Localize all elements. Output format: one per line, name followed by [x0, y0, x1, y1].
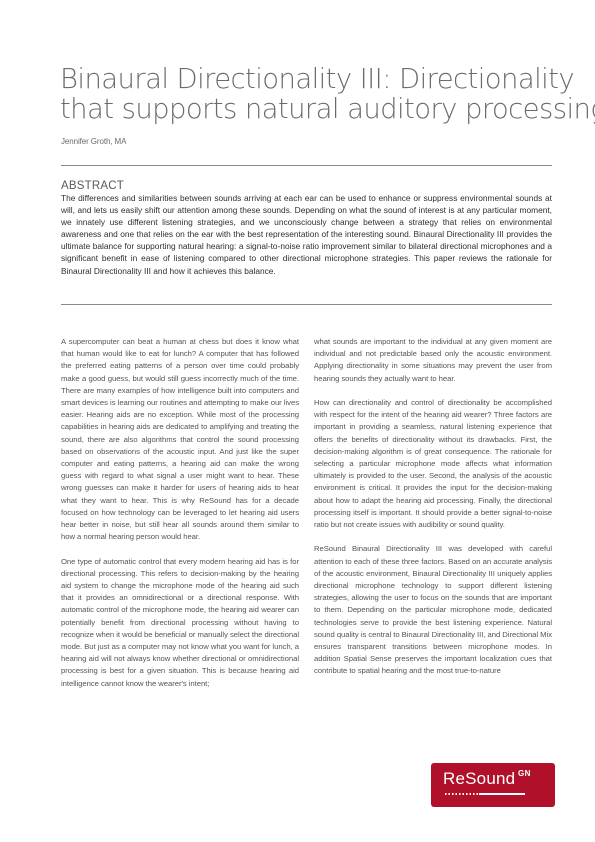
logo-dotted-underline-icon [445, 793, 479, 795]
page-title: Binaural Directionality III: Directional… [60, 64, 580, 124]
title-line-2: that supports natural auditory processin… [60, 94, 580, 124]
title-line-1: Binaural Directionality III: Directional… [60, 64, 580, 94]
author-name: Jennifer Groth, MA [61, 137, 126, 146]
body-column-right: what sounds are important to the individ… [314, 336, 552, 690]
paragraph: How can directionality and control of di… [314, 397, 552, 531]
logo-brand-text: ReSound [443, 769, 515, 789]
divider-top [61, 165, 552, 166]
body-column-left: A supercomputer can beat a human at ches… [61, 336, 299, 702]
divider-bottom [61, 304, 552, 305]
paragraph: what sounds are important to the individ… [314, 336, 552, 385]
logo-solid-underline-icon [479, 793, 525, 795]
abstract-heading: ABSTRACT [61, 180, 124, 192]
paragraph: ReSound Binaural Directionality III was … [314, 543, 552, 677]
logo-gn-mark: GN [518, 769, 531, 778]
resound-logo: ReSound GN [431, 763, 555, 807]
paragraph: One type of automatic control that every… [61, 556, 299, 690]
paragraph: A supercomputer can beat a human at ches… [61, 336, 299, 543]
abstract-body: The differences and similarities between… [61, 192, 552, 277]
